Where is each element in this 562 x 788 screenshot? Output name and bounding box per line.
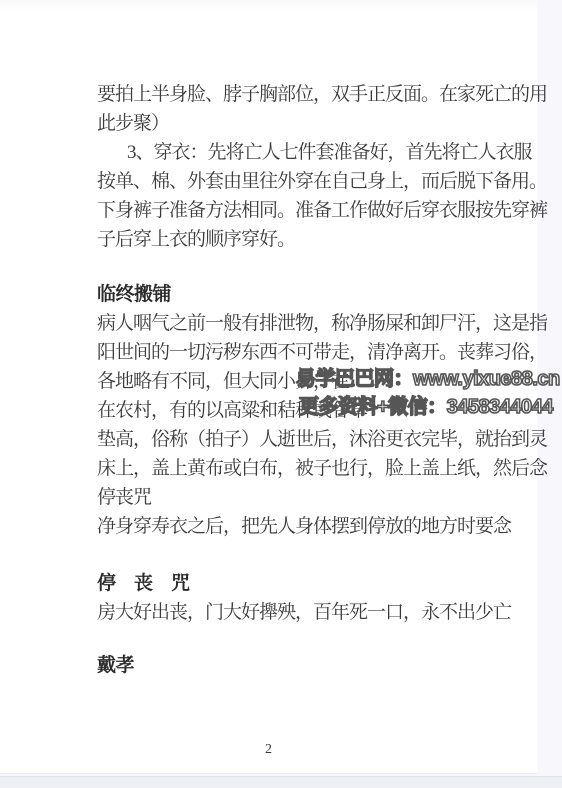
text-line: 净身穿寿衣之后，把先人身体摆到停放的地方时要念 [97, 512, 497, 541]
page-number: 2 [0, 742, 537, 758]
text-line: 病人咽气之前一般有排泄物，称净肠屎和卸尸汗，这是指 [97, 309, 497, 338]
text-line: 子后穿上衣的顺序穿好。 [97, 225, 497, 254]
text-line: 房大好出丧，门大好攑殃，百年死一口，永不出少亡 [97, 598, 497, 627]
section-heading-tingsangzhou: 停 丧 咒 [97, 569, 497, 598]
text-line: 阳世间的一切污秽东西不可带走，清净离开。丧葬习俗， [97, 338, 497, 367]
document-text-block: 要拍上半身脸、脖子胸部位，双手正反面。在家死亡的用 此步聚） 3、穿衣：先将亡人… [97, 80, 497, 680]
text-line: 3、穿衣：先将亡人七件套准备好，首先将亡人衣服 [97, 138, 497, 167]
viewer-bottom-strip [0, 776, 562, 788]
text-line: 下身裤子准备方法相同。准备工作做好后穿衣服按先穿裤 [97, 196, 497, 225]
text-line: 要拍上半身脸、脖子胸部位，双手正反面。在家死亡的用 [97, 80, 497, 109]
text-line: 按单、棉、外套由里往外穿在自己身上，而后脱下备用。 [97, 167, 497, 196]
text-line: 停丧咒 [97, 483, 497, 512]
section-heading-daixiao: 戴孝 [97, 651, 497, 680]
text-line: 在农村，有的以高粱和秸秆或谷草 [97, 396, 497, 425]
screenshot-root: { "content": { "para1": [ "要拍上半身脸、脖子胸部位，… [0, 0, 562, 788]
text-line: 此步聚） [97, 109, 497, 138]
text-line: 床上，盖上黄布或白布，被子也行，脸上盖上纸，然后念 [97, 454, 497, 483]
section-heading-linzhong-banpu: 临终搬铺 [97, 280, 497, 309]
text-line: 各地略有不同，但大同小异，在 [97, 367, 497, 396]
text-line: 垫高，俗称（拍子）人逝世后，沐浴更衣完毕，就抬到灵 [97, 425, 497, 454]
document-page: 要拍上半身脸、脖子胸部位，双手正反面。在家死亡的用 此步聚） 3、穿衣：先将亡人… [0, 0, 537, 774]
